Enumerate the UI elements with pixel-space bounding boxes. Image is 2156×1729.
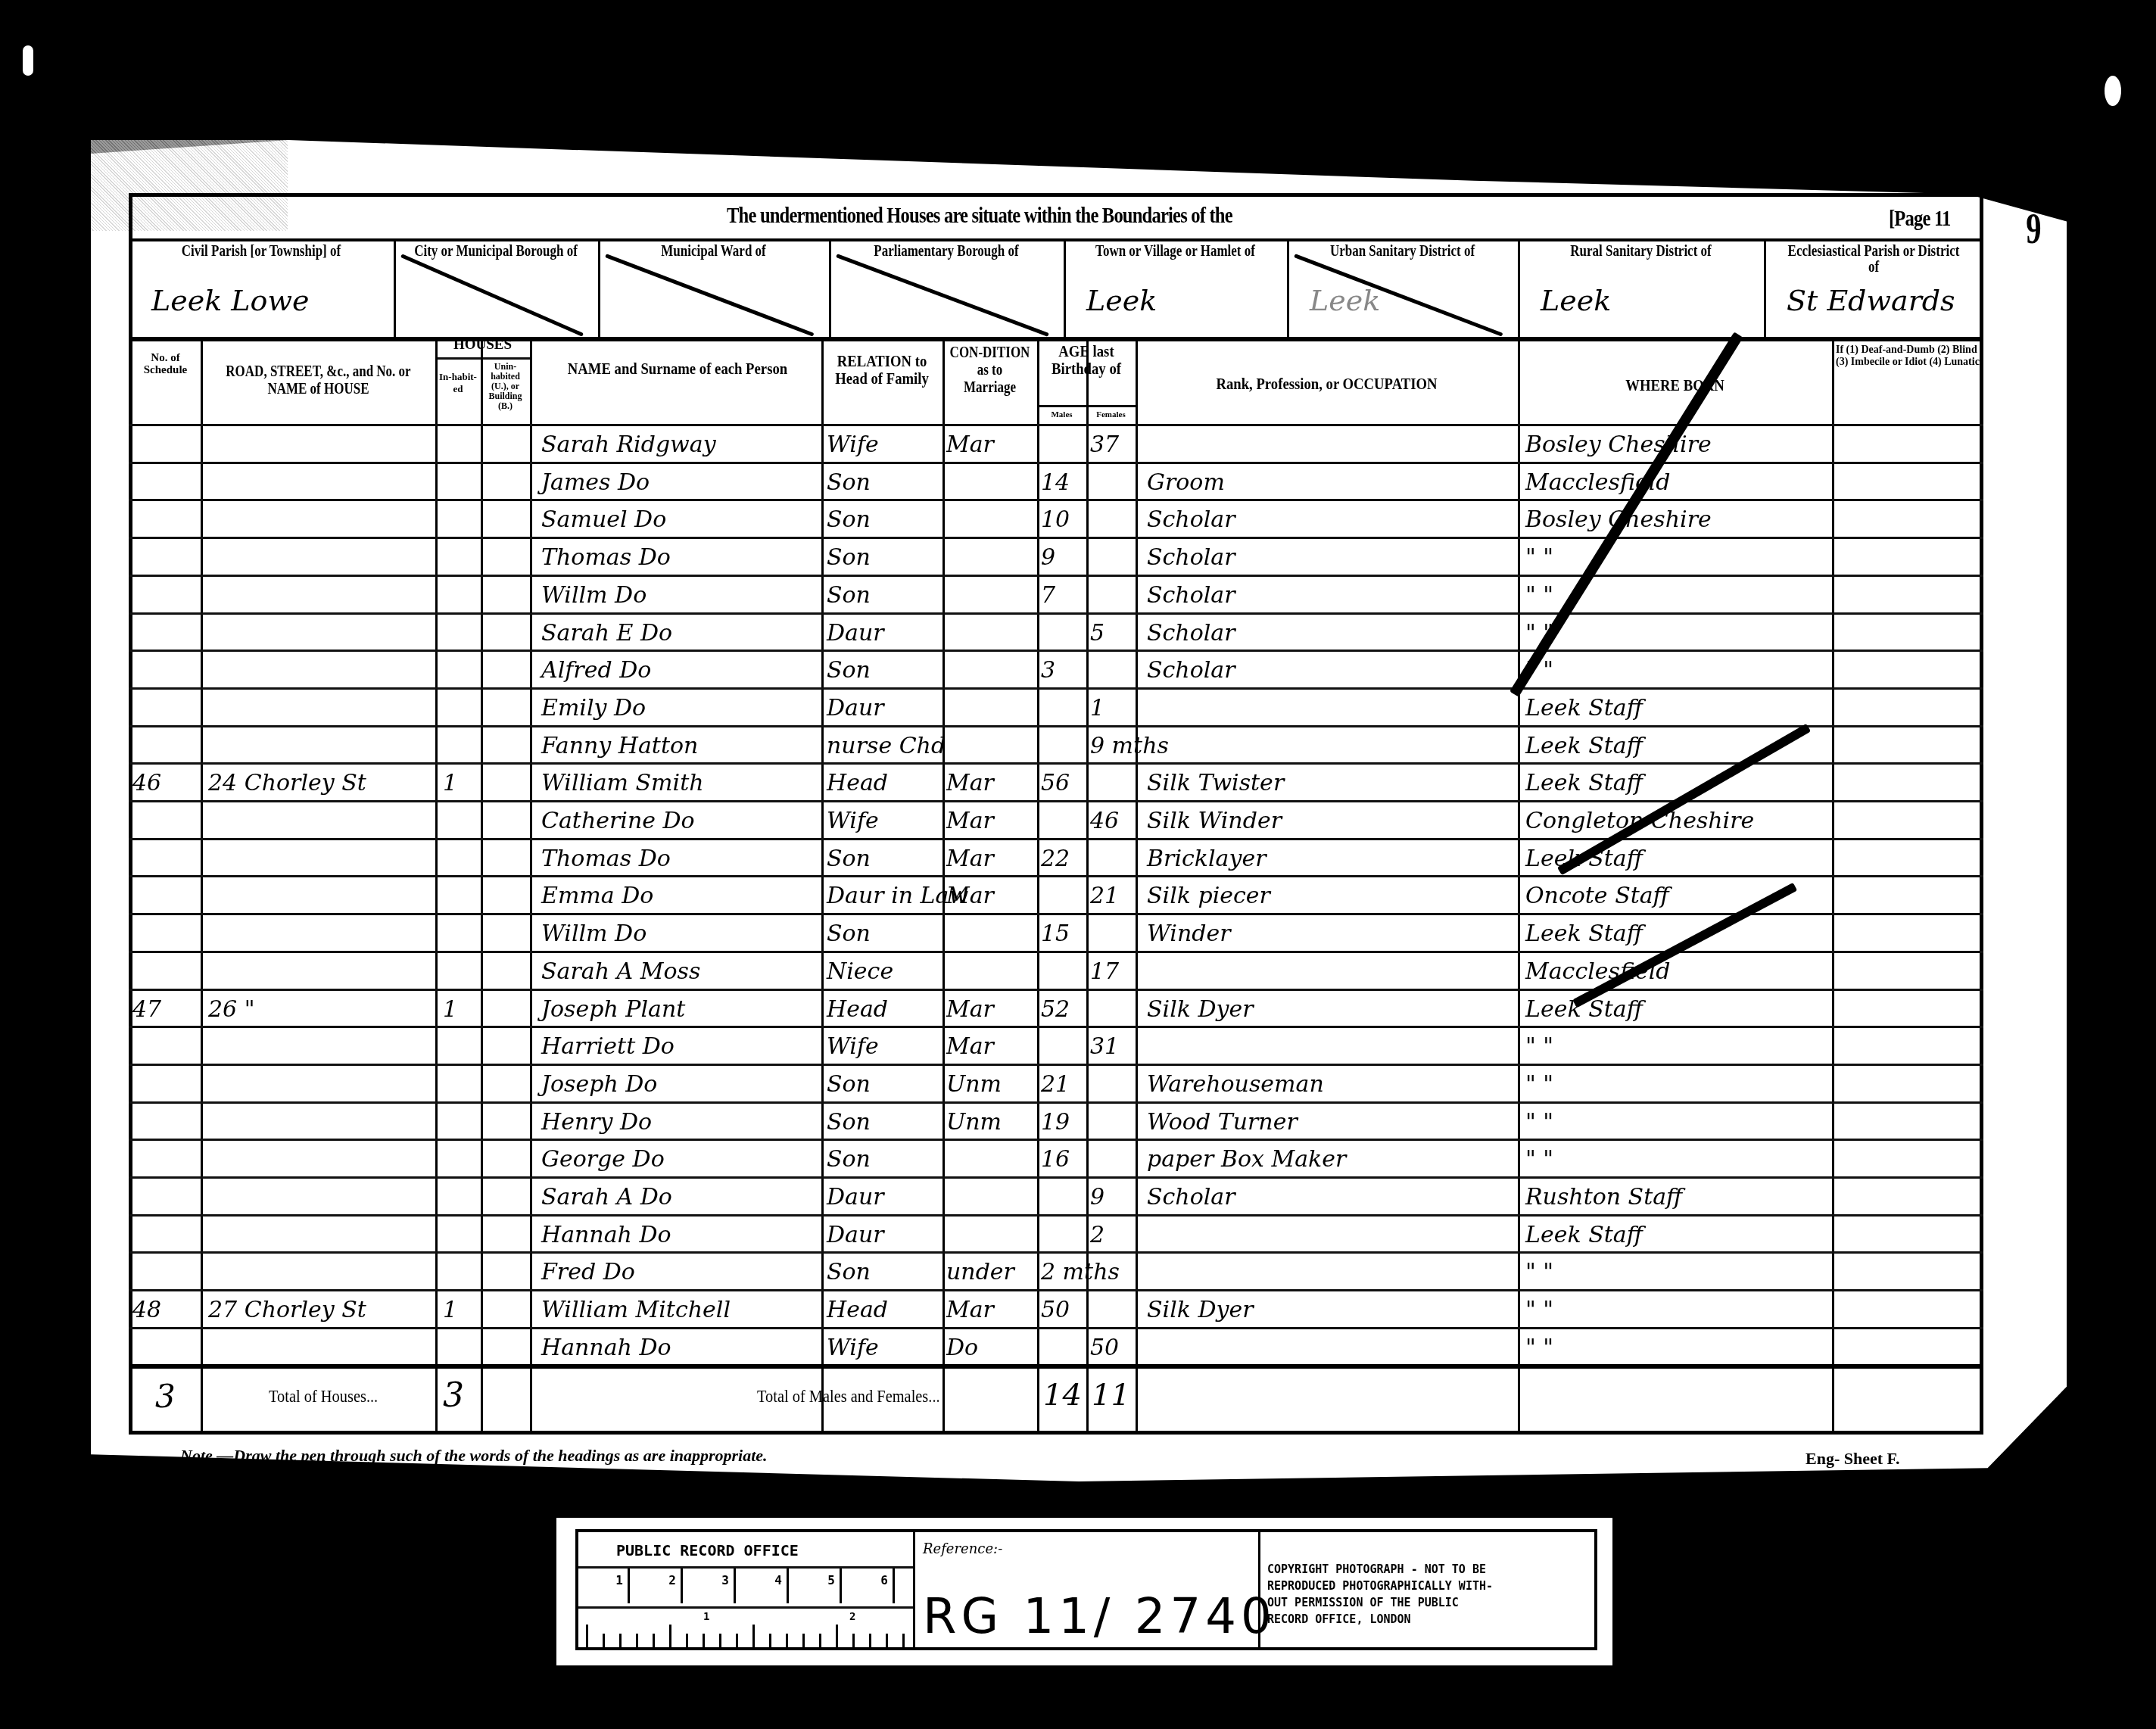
road-address (208, 537, 435, 574)
schedule-number (132, 913, 201, 950)
age-female (1090, 1289, 1136, 1326)
person-name: Catherine Do (541, 800, 821, 837)
relation: Daur in Law (827, 875, 944, 912)
inhabited-count (443, 1101, 481, 1139)
column-divider (1136, 337, 1138, 1435)
age-female (1090, 650, 1136, 687)
scale-box: 1 (578, 1569, 630, 1603)
relation: Son (827, 913, 944, 950)
relation: nurse Chd (827, 725, 944, 762)
header-name: NAME and Surname of each Person (556, 360, 800, 377)
header-uninhabited: Unin-habited (U.), or Building (B.) (481, 362, 529, 411)
occupation: Silk Dyer (1147, 1289, 1518, 1326)
divider (598, 238, 600, 337)
relation: Daur (827, 1214, 944, 1251)
condition (946, 725, 1037, 762)
condition: Mar (946, 1289, 1037, 1326)
film-speck (23, 45, 33, 76)
reference-value: RG 11/ 2740 (923, 1589, 1276, 1645)
schedule-number (132, 1251, 201, 1288)
age-female: 2 (1090, 1214, 1136, 1251)
road-address: 24 Chorley St (208, 762, 435, 799)
schedule-number (132, 951, 201, 988)
form-title: The undermentioned Houses are situate wi… (727, 203, 1232, 229)
age-male (1041, 612, 1086, 650)
road-address (208, 1139, 435, 1176)
road-address (208, 800, 435, 837)
condition (946, 687, 1037, 724)
scale-box: 2 (631, 1569, 683, 1603)
condition: Do (946, 1327, 1037, 1364)
inhabited-count (443, 612, 481, 650)
age-male (1041, 725, 1086, 762)
schedule-number (132, 800, 201, 837)
age-male (1041, 424, 1086, 461)
relation: Daur (827, 1176, 944, 1213)
ruler-number: 1 (703, 1611, 709, 1623)
column-divider (1037, 337, 1039, 1435)
person-name: Fred Do (541, 1251, 821, 1288)
road-address (208, 875, 435, 912)
record-office-stamp: PUBLIC RECORD OFFICE 123456 12 Reference… (575, 1529, 1597, 1650)
column-divider (481, 337, 483, 1435)
inhabited-count (443, 424, 481, 461)
condition: Mar (946, 989, 1037, 1026)
relation: Wife (827, 800, 944, 837)
road-address (208, 1251, 435, 1288)
relation: Wife (827, 1327, 944, 1364)
condition: Unm (946, 1101, 1037, 1139)
column-divider (530, 337, 532, 1435)
age-male (1041, 687, 1086, 724)
age-female (1090, 1101, 1136, 1139)
header-infirmity: If (1) Deaf-and-Dumb (2) Blind (3) Imbec… (1836, 344, 1980, 369)
occupation: Silk Twister (1147, 762, 1518, 799)
relation: Head (827, 762, 944, 799)
age-male (1041, 1327, 1086, 1364)
age-male: 2 mths (1041, 1251, 1086, 1288)
total-schedules: 3 (155, 1378, 176, 1415)
copyright-line: RECORD OFFICE, LONDON (1267, 1611, 1493, 1628)
district-label: City or Municipal Borough of (412, 244, 581, 260)
age-male (1041, 951, 1086, 988)
occupation (1147, 1026, 1518, 1063)
age-female: 5 (1090, 612, 1136, 650)
district-value: St Edwards (1787, 284, 1955, 317)
scale-box: 3 (684, 1569, 736, 1603)
person-name: Willm Do (541, 575, 821, 612)
person-name: Thomas Do (541, 838, 821, 875)
schedule-number (132, 575, 201, 612)
header-males: Males (1037, 409, 1086, 421)
road-address (208, 1214, 435, 1251)
copyright-line: REPRODUCED PHOTOGRAPHICALLY WITH- (1267, 1578, 1493, 1594)
ruler: 12 (578, 1608, 913, 1647)
ruler-tick (852, 1634, 855, 1647)
header-inhabited: In-habit-ed (436, 371, 480, 395)
road-address (208, 575, 435, 612)
divider (129, 238, 1983, 241)
relation: Son (827, 462, 944, 499)
schedule-number (132, 1026, 201, 1063)
road-address (208, 1101, 435, 1139)
age-male: 10 (1041, 499, 1086, 536)
person-name: Alfred Do (541, 650, 821, 687)
header-females: Females (1086, 409, 1136, 421)
district-label: Civil Parish [or Township] of (151, 244, 372, 260)
birthplace: " " (1525, 1026, 1832, 1063)
road-address: 27 Chorley St (208, 1289, 435, 1326)
condition: Mar (946, 800, 1037, 837)
person-name: Hannah Do (541, 1327, 821, 1364)
schedule-number (132, 537, 201, 574)
condition (946, 612, 1037, 650)
age-female: 50 (1090, 1327, 1136, 1364)
schedule-number (132, 1327, 201, 1364)
person-name: William Smith (541, 762, 821, 799)
occupation (1147, 424, 1518, 461)
header-schedule: No. of Schedule (130, 352, 201, 376)
occupation (1147, 1214, 1518, 1251)
district-value: Leek (1086, 284, 1157, 317)
scale-box: 6 (843, 1569, 895, 1603)
birthplace: " " (1525, 1101, 1832, 1139)
inhabited-count (443, 575, 481, 612)
inhabited-count (443, 650, 481, 687)
birthplace: Macclesfield (1525, 951, 1832, 988)
person-name: Samuel Do (541, 499, 821, 536)
schedule-number (132, 1139, 201, 1176)
relation: Wife (827, 1026, 944, 1063)
person-name: Thomas Do (541, 537, 821, 574)
ruler-tick (603, 1634, 605, 1647)
age-male (1041, 1176, 1086, 1213)
header-occupation: Rank, Profession, or OCCUPATION (1164, 375, 1489, 392)
ruler-tick (669, 1625, 671, 1647)
occupation: Scholar (1147, 650, 1518, 687)
condition (946, 537, 1037, 574)
ruler-tick (586, 1625, 588, 1647)
age-female: 21 (1090, 875, 1136, 912)
condition: Mar (946, 424, 1037, 461)
copyright-line: COPYRIGHT PHOTOGRAPH - NOT TO BE (1267, 1561, 1493, 1578)
condition: Mar (946, 838, 1037, 875)
relation: Son (827, 1251, 944, 1288)
person-name: Sarah A Do (541, 1176, 821, 1213)
age-female (1090, 838, 1136, 875)
occupation: Scholar (1147, 612, 1518, 650)
condition (946, 462, 1037, 499)
road-address (208, 1176, 435, 1213)
age-female (1090, 1251, 1136, 1288)
ruler-tick (836, 1625, 838, 1647)
condition (946, 1214, 1037, 1251)
film-speck (2105, 76, 2121, 106)
total-persons-label: Total of Males and Females... (757, 1387, 940, 1407)
age-male: 21 (1041, 1064, 1086, 1101)
inhabited-count (443, 1026, 481, 1063)
age-female (1090, 1139, 1136, 1176)
person-name: Henry Do (541, 1101, 821, 1139)
person-name: Harriett Do (541, 1026, 821, 1063)
inhabited-count (443, 537, 481, 574)
occupation: Scholar (1147, 537, 1518, 574)
header-condition: CON-DITION as to Marriage (949, 344, 1030, 397)
ruler-tick (902, 1634, 905, 1647)
relation: Daur (827, 687, 944, 724)
road-address (208, 725, 435, 762)
birthplace: " " (1525, 537, 1832, 574)
schedule-number (132, 612, 201, 650)
age-female (1090, 575, 1136, 612)
inhabited-count (443, 687, 481, 724)
schedule-number: 48 (132, 1289, 201, 1326)
road-address (208, 424, 435, 461)
folio-number: 9 (2026, 203, 2041, 254)
condition: Mar (946, 1026, 1037, 1063)
copyright-line: OUT PERMISSION OF THE PUBLIC (1267, 1594, 1493, 1611)
age-female: 9 mths (1090, 725, 1136, 762)
person-name: Joseph Plant (541, 989, 821, 1026)
age-male: 14 (1041, 462, 1086, 499)
road-address (208, 1327, 435, 1364)
condition (946, 951, 1037, 988)
inhabited-count: 1 (443, 762, 481, 799)
column-divider (201, 337, 203, 1435)
divider (1518, 238, 1520, 337)
divider (829, 238, 831, 337)
condition: Unm (946, 1064, 1037, 1101)
divider (1287, 238, 1289, 337)
road-address (208, 838, 435, 875)
schedule-number: 46 (132, 762, 201, 799)
divider (394, 238, 396, 337)
road-address (208, 687, 435, 724)
occupation: Silk Dyer (1147, 989, 1518, 1026)
age-male: 19 (1041, 1101, 1086, 1139)
inhabited-count (443, 725, 481, 762)
birthplace: " " (1525, 1139, 1832, 1176)
birthplace: " " (1525, 1289, 1832, 1326)
person-name: Hannah Do (541, 1214, 821, 1251)
birthplace: Rushton Staff (1525, 1176, 1832, 1213)
occupation (1147, 1251, 1518, 1288)
schedule-number (132, 725, 201, 762)
birthplace: Leek Staff (1525, 762, 1832, 799)
relation: Son (827, 650, 944, 687)
age-male: 22 (1041, 838, 1086, 875)
total-females: 11 (1092, 1378, 1130, 1413)
age-male (1041, 800, 1086, 837)
occupation: Winder (1147, 913, 1518, 950)
person-name: Fanny Hatton (541, 725, 821, 762)
condition (946, 575, 1037, 612)
road-address (208, 1064, 435, 1101)
ruler-tick (636, 1634, 638, 1647)
person-name: Emily Do (541, 687, 821, 724)
scale-boxes: 123456 (578, 1569, 913, 1605)
ruler-tick (869, 1634, 871, 1647)
relation: Son (827, 838, 944, 875)
person-name: Sarah E Do (541, 612, 821, 650)
age-female (1090, 499, 1136, 536)
age-male: 15 (1041, 913, 1086, 950)
scale-box: 4 (737, 1569, 789, 1603)
birthplace: " " (1525, 612, 1832, 650)
divider (1764, 238, 1766, 337)
age-female: 17 (1090, 951, 1136, 988)
road-address (208, 612, 435, 650)
age-male: 7 (1041, 575, 1086, 612)
ruler-tick (819, 1634, 821, 1647)
ruler-tick (736, 1634, 738, 1647)
schedule-number (132, 650, 201, 687)
road-address (208, 650, 435, 687)
condition (946, 1139, 1037, 1176)
occupation (1147, 1327, 1518, 1364)
birthplace: " " (1525, 1251, 1832, 1288)
road-address (208, 462, 435, 499)
occupation (1147, 687, 1518, 724)
age-female: 1 (1090, 687, 1136, 724)
occupation: Silk piecer (1147, 875, 1518, 912)
road-address (208, 951, 435, 988)
column-divider (1518, 337, 1520, 1435)
occupation (1147, 725, 1518, 762)
ruler-tick (653, 1634, 655, 1647)
schedule-number (132, 1176, 201, 1213)
road-address (208, 499, 435, 536)
person-name: James Do (541, 462, 821, 499)
ruler-tick (686, 1634, 688, 1647)
inhabited-count (443, 1327, 481, 1364)
age-female (1090, 537, 1136, 574)
birthplace: Leek Staff (1525, 1214, 1832, 1251)
column-divider (1832, 337, 1834, 1435)
copyright-notice: COPYRIGHT PHOTOGRAPH - NOT TO BEREPRODUC… (1267, 1561, 1493, 1628)
schedule-number (132, 875, 201, 912)
road-address (208, 1026, 435, 1063)
inhabited-count: 1 (443, 989, 481, 1026)
person-name: Willm Do (541, 913, 821, 950)
age-female: 9 (1090, 1176, 1136, 1213)
person-name: Sarah A Moss (541, 951, 821, 988)
age-male (1041, 875, 1086, 912)
divider (1258, 1532, 1260, 1647)
inhabited-count (443, 1251, 481, 1288)
schedule-number (132, 1064, 201, 1101)
occupation (1147, 951, 1518, 988)
header-where-born: WHERE BORN (1541, 376, 1809, 394)
reference-label: Reference:- (923, 1541, 1002, 1557)
total-males: 14 (1043, 1378, 1082, 1413)
district-label: Urban Sanitary District of (1307, 244, 1497, 260)
birthplace: Bosley Cheshire (1525, 499, 1832, 536)
condition (946, 913, 1037, 950)
header-relation: RELATION to Head of Family (830, 352, 933, 387)
condition (946, 1176, 1037, 1213)
record-office-name: PUBLIC RECORD OFFICE (616, 1541, 799, 1559)
district-value: Leek (1541, 284, 1611, 317)
age-female (1090, 1064, 1136, 1101)
inhabited-count (443, 499, 481, 536)
district-label: Town or Village or Hamlet of (1083, 244, 1268, 260)
occupation: Scholar (1147, 575, 1518, 612)
schedule-number (132, 499, 201, 536)
condition: Mar (946, 875, 1037, 912)
schedule-number: 47 (132, 989, 201, 1026)
inhabited-count (443, 462, 481, 499)
age-male: 56 (1041, 762, 1086, 799)
district-label: Ecclesiastical Parish or District of (1783, 244, 1964, 276)
relation: Head (827, 1289, 944, 1326)
relation: Son (827, 537, 944, 574)
inhabited-count: 1 (443, 1289, 481, 1326)
ruler-tick (769, 1634, 771, 1647)
birthplace: Leek Staff (1525, 687, 1832, 724)
inhabited-count (443, 838, 481, 875)
occupation: Warehouseman (1147, 1064, 1518, 1101)
occupation: Bricklayer (1147, 838, 1518, 875)
birthplace: Leek Staff (1525, 989, 1832, 1026)
condition (946, 499, 1037, 536)
age-female: 31 (1090, 1026, 1136, 1063)
district-value: Leek Lowe (151, 284, 309, 317)
district-label: Parliamentary Borough of (849, 244, 1044, 260)
divider (1064, 238, 1066, 337)
ruler-tick (786, 1634, 788, 1647)
column-divider (821, 337, 824, 1435)
age-female: 37 (1090, 424, 1136, 461)
relation: Son (827, 1064, 944, 1101)
inhabited-count (443, 1176, 481, 1213)
age-male: 52 (1041, 989, 1086, 1026)
inhabited-count (443, 1139, 481, 1176)
divider (913, 1532, 915, 1647)
inhabited-count (443, 875, 481, 912)
ruler-tick (802, 1634, 805, 1647)
person-name: Sarah Ridgway (541, 424, 821, 461)
age-female (1090, 462, 1136, 499)
relation: Son (827, 575, 944, 612)
schedule-number (132, 687, 201, 724)
header-road: ROAD, STREET, &c., and No. or NAME of HO… (220, 363, 416, 398)
relation: Son (827, 1101, 944, 1139)
page-number: [Page 11 (1889, 206, 1951, 232)
ruler-tick (719, 1634, 721, 1647)
ruler-tick (619, 1634, 622, 1647)
relation: Daur (827, 612, 944, 650)
occupation: paper Box Maker (1147, 1139, 1518, 1176)
inhabited-count (443, 1214, 481, 1251)
ruler-tick (886, 1634, 888, 1647)
schedule-number (132, 1101, 201, 1139)
road-address (208, 913, 435, 950)
relation: Son (827, 1139, 944, 1176)
scale-box: 5 (790, 1569, 842, 1603)
inhabited-count (443, 800, 481, 837)
birthplace: " " (1525, 1064, 1832, 1101)
condition: under (946, 1251, 1037, 1288)
occupation: Scholar (1147, 499, 1518, 536)
ruler-tick (703, 1634, 705, 1647)
condition (946, 650, 1037, 687)
inhabited-count (443, 951, 481, 988)
person-name: George Do (541, 1139, 821, 1176)
sheet-label: Eng- Sheet F. (1805, 1449, 1899, 1469)
occupation: Scholar (1147, 1176, 1518, 1213)
footer-note: Note.—Draw the pen through such of the w… (180, 1446, 768, 1466)
